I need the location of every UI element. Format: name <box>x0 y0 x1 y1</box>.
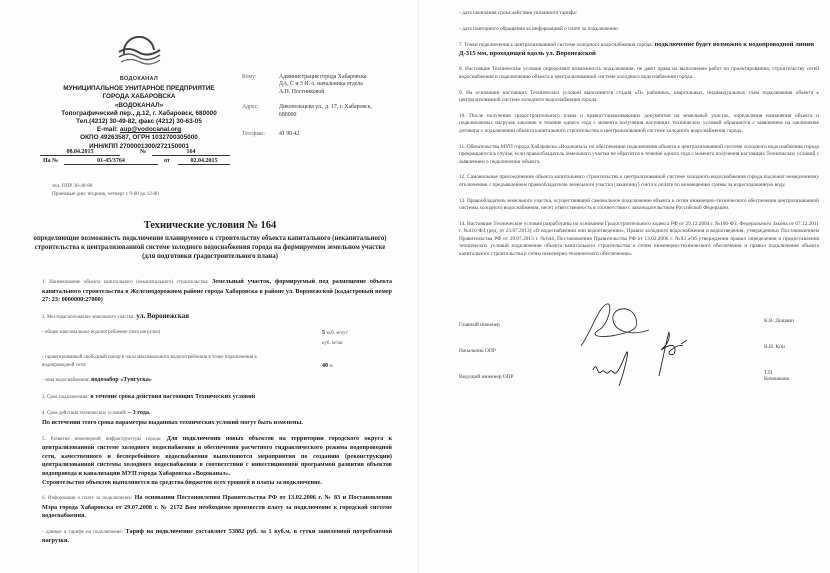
param-max-value-block: 5 куб. м/сут куб. м/час <box>322 329 392 348</box>
item-7-label: 7. Точки подключения к централизованной … <box>459 42 653 48</box>
in-reply-date: 02.04.2015 <box>178 158 230 165</box>
signatory-name: Т.П. Кочешкова <box>764 370 799 382</box>
signature-row: Начальник ОПР В.Н. Кпи <box>459 342 799 368</box>
conditions-list-part-1: 1. Наименование объекта капитального (не… <box>42 278 392 553</box>
conditions-list-part-2: - дата окончания срока действия указанно… <box>459 10 819 267</box>
document-purpose: (для подготовки градостроительного плана… <box>30 252 390 261</box>
from-label: от <box>164 158 170 164</box>
item-8: 8. Настоящие Технические условия определ… <box>459 66 819 81</box>
item-4-note: По истечении этого срока параметры выдан… <box>42 419 303 426</box>
tariff-label: - данные о тарифе на подключение: <box>42 530 123 535</box>
phone-label: Тел/факс: <box>242 131 279 138</box>
item-2-value: ул. Воронежская <box>136 312 189 320</box>
item-6: 6. Информация о плате за подключение: На… <box>42 494 392 521</box>
item-5-label: 5. Развитие инженерной инфраструктуры го… <box>42 437 161 442</box>
item-12: 12. Самовольные присоединения объекта ка… <box>459 174 819 189</box>
item-1: 1. Наименование объекта капитального (не… <box>42 278 392 305</box>
to-label: Кому: <box>242 74 279 96</box>
item-13: 13. Правообладатель земельного участка, … <box>459 198 819 213</box>
incoming-ref-row: На № 01-45/3764 от 02.04.2015 <box>40 158 230 168</box>
item-3: 3. Срок подключения: в течение срока дей… <box>42 393 392 403</box>
letterhead: ВОДОКАНАЛ МУНИЦИПАЛЬНОЕ УНИТАРНОЕ ПРЕДПР… <box>44 36 234 151</box>
to-value: Администрация города Хабаровска ДА, С и … <box>279 74 374 96</box>
item-1-label: 1. Наименование объекта капитального (не… <box>42 280 208 285</box>
signatory-position: Начальник ОПР <box>459 348 496 354</box>
item-10: 10. После получения градостроительного п… <box>459 113 819 136</box>
item-14: 14. Настоящие Технические условия разраб… <box>459 221 819 259</box>
title-block: Технические условия № 164 определяющие в… <box>30 220 390 261</box>
number-label: № <box>140 149 146 155</box>
param-pressure-value: 40 <box>322 363 328 369</box>
address-value: Дикопольцева ул., д. 17, г. Хабаровск, 6… <box>279 104 374 119</box>
phone-value: 41 98 42 <box>279 131 374 138</box>
item-3-label: 3. Срок подключения: <box>42 395 89 400</box>
param-pressure-unit: м <box>330 364 333 369</box>
item-6-label: 6. Информация о плате за подключение: <box>42 496 132 501</box>
item-4-label: 4. Срок действия технических условий: <box>42 411 126 416</box>
address-label: Адрес: <box>242 104 279 119</box>
org-phone: Тел.(4212) 30-49-82, факс (4212) 30-63-0… <box>44 118 234 126</box>
document-page-2: - дата окончания срока действия указанно… <box>418 0 830 573</box>
org-address: Топографический пер., д.12, г. Хабаровск… <box>44 110 234 118</box>
param-max-value: 5 <box>322 330 325 336</box>
item-2-label: 2. Месторасположение земельного участка: <box>42 315 135 320</box>
item-4: 4. Срок действия технических условий: – … <box>42 409 392 427</box>
recipient-phone: Тел/факс: 41 98 42 <box>242 131 374 138</box>
repeat-request-date: - дата повторного обращения за информаци… <box>459 26 819 34</box>
param-pressure-value-block: 40 м <box>322 354 392 372</box>
document-title: Технические условия № 164 <box>30 220 390 231</box>
item-3-value: в течение срока действия настоящих Техни… <box>90 393 255 400</box>
recipient-to: Кому: Администрация города Хабаровска ДА… <box>242 74 374 96</box>
in-reply-label: На № <box>43 158 58 164</box>
signatory-position: Главный инженер <box>459 322 500 328</box>
in-reply-number: 01-45/3764 <box>64 158 158 165</box>
recipient-block: Кому: Администрация города Хабаровска ДА… <box>242 74 374 146</box>
vodokanal-logo-icon <box>116 36 162 74</box>
org-type: МУНИЦИПАЛЬНОЕ УНИТАРНОЕ ПРЕДПРИЯТИЕ <box>44 85 234 93</box>
opr-phone: тел. ОПР 30-48-88 <box>52 182 159 190</box>
signatory-position: Ведущий инженер ОПР <box>459 374 514 380</box>
org-email-line: E-mail: aup@vodocanal.org <box>44 126 234 134</box>
param-pressure: - гарантированный свободный напор в часы… <box>42 354 392 372</box>
recipient-address: Адрес: Дикопольцева ул., д. 17, г. Хабар… <box>242 104 374 119</box>
signatory-name: В.Н. Кпи <box>764 344 785 350</box>
param-max-unit: куб. м/сут <box>327 331 348 336</box>
zone-label: - зона водоснабжения: <box>42 378 90 383</box>
signature-row: Главный инженер К.В. Дощаин <box>459 316 799 342</box>
reception-days: Приемные дни: вторник, четверг с 9-00 до… <box>52 190 159 198</box>
outgoing-number: 164 <box>152 149 230 156</box>
org-okpo: ОКПО 49263587, ОГРН 1032700305000 <box>44 134 234 142</box>
param-pressure-label: - гарантированный свободный напор в часы… <box>42 354 272 372</box>
item-5: 5. Развитие инженерной инфраструктуры го… <box>42 435 392 488</box>
signatory-name: К.В. Дощаин <box>764 318 794 324</box>
item-9: 9. На основании настоящих Технических ус… <box>459 90 819 105</box>
signature-row: Ведущий инженер ОПР Т.П. Кочешкова <box>459 368 799 394</box>
param-max-label: - общее максимальное водопотребление (ma… <box>42 329 160 348</box>
logo-text: ВОДОКАНАЛ <box>44 75 234 83</box>
item-4-value: – 3 года. <box>128 409 151 416</box>
document-subtitle: определяющие возможность подключение пла… <box>30 234 390 252</box>
document-page-1: ВОДОКАНАЛ МУНИЦИПАЛЬНОЕ УНИТАРНОЕ ПРЕДПР… <box>0 0 418 573</box>
outgoing-date: 08.04.2015 <box>40 149 120 156</box>
param-max-unit-hour: куб. м/час <box>322 341 343 346</box>
org-name: «ВОДОКАНАЛ» <box>44 102 234 110</box>
param-max-consumption: - общее максимальное водопотребление (ma… <box>42 329 392 348</box>
item-11: 11. Обязательства МУП города Хабаровска … <box>459 144 819 167</box>
item-7: 7. Точки подключения к централизованной … <box>459 41 819 58</box>
tariff: - данные о тарифе на подключение: Тариф … <box>42 528 392 546</box>
zone-value: водозабор «Тунгуска» <box>91 376 152 383</box>
signatures-block: Главный инженер К.В. Дощаин Начальник ОП… <box>459 316 799 394</box>
contacts: тел. ОПР 30-48-88 Приемные дни: вторник,… <box>52 182 159 198</box>
org-city: ГОРОДА ХАБАРОВСКА <box>44 93 234 101</box>
supply-zone: - зона водоснабжения: водозабор «Тунгуск… <box>42 376 392 386</box>
email-label: E-mail: <box>97 126 120 133</box>
item-2: 2. Месторасположение земельного участка:… <box>42 312 392 323</box>
tariff-end-date: - дата окончания срока действия указанно… <box>459 10 819 18</box>
item-5-note: Строительство объектов выполняется на ср… <box>42 479 322 486</box>
email-link[interactable]: aup@vodocanal.org <box>120 126 181 133</box>
